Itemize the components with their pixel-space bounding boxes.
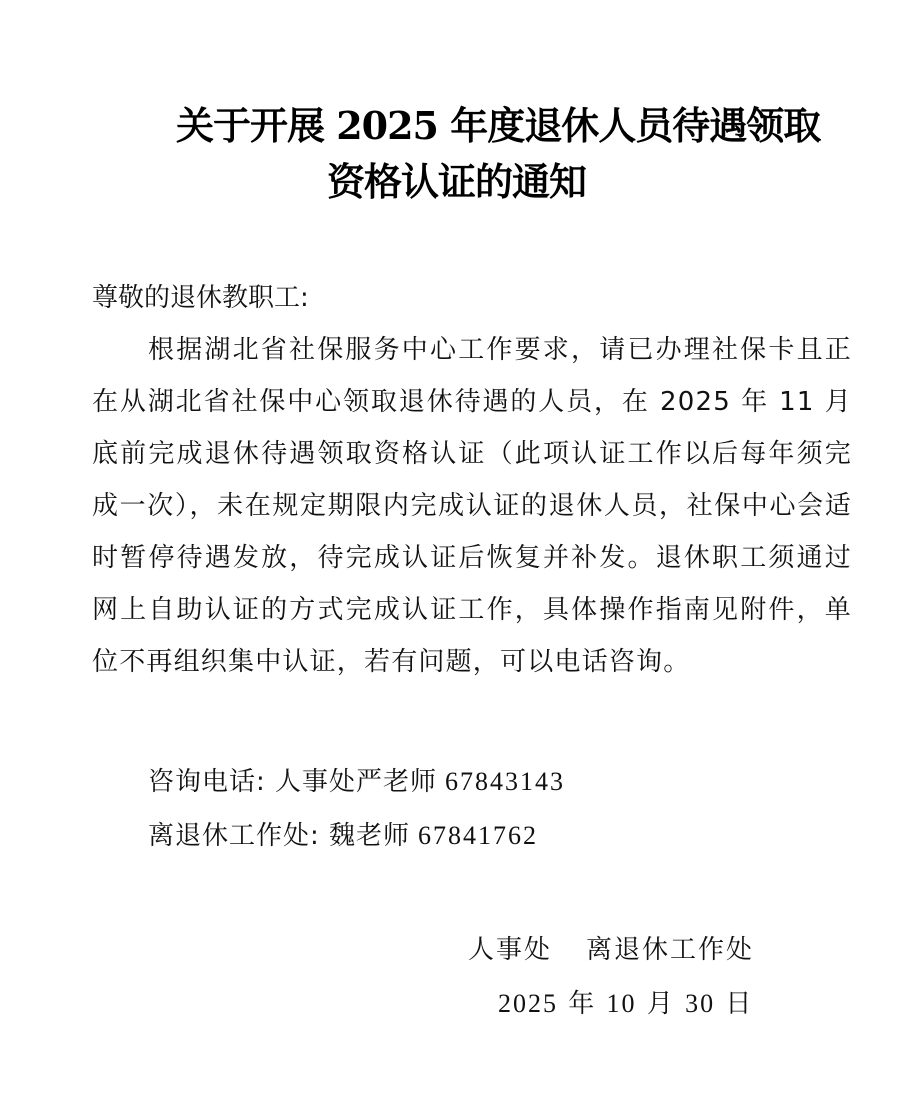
document-title-line-1: 关于开展 2025 年度退休人员待遇领取 xyxy=(176,102,920,150)
salutation: 尊敬的退休教职工: xyxy=(92,272,309,324)
date-month: 10 xyxy=(607,989,637,1018)
signature-org-hr: 人事处 xyxy=(468,935,552,965)
date-day: 30 xyxy=(685,989,715,1018)
date-year: 2025 xyxy=(498,989,558,1018)
contact-phone: 67841762 xyxy=(418,821,538,850)
date-year-unit: 年 xyxy=(568,989,596,1019)
signature-organizations: 人事处离退休工作处 xyxy=(468,924,754,976)
contact-line-hr: 咨询电话: 人事处严老师67843143 xyxy=(148,756,565,808)
contact-label: 咨询电话: 人事处严老师 xyxy=(148,767,437,797)
date-day-unit: 日 xyxy=(725,989,753,1019)
signature-org-retirement-office: 离退休工作处 xyxy=(586,935,754,965)
contact-line-retirement-office: 离退休工作处: 魏老师67841762 xyxy=(148,810,538,862)
date-month-unit: 月 xyxy=(647,989,675,1019)
signature-date: 2025 年 10 月 30 日 xyxy=(498,978,753,1030)
document-title-line-2: 资格认证的通知 xyxy=(327,158,920,206)
contact-phone: 67843143 xyxy=(445,767,565,796)
body-paragraph: 根据湖北省社保服务中心工作要求，请已办理社保卡且正在从湖北省社保中心领取退休待遇… xyxy=(92,324,852,688)
contact-label: 离退休工作处: 魏老师 xyxy=(148,821,410,851)
